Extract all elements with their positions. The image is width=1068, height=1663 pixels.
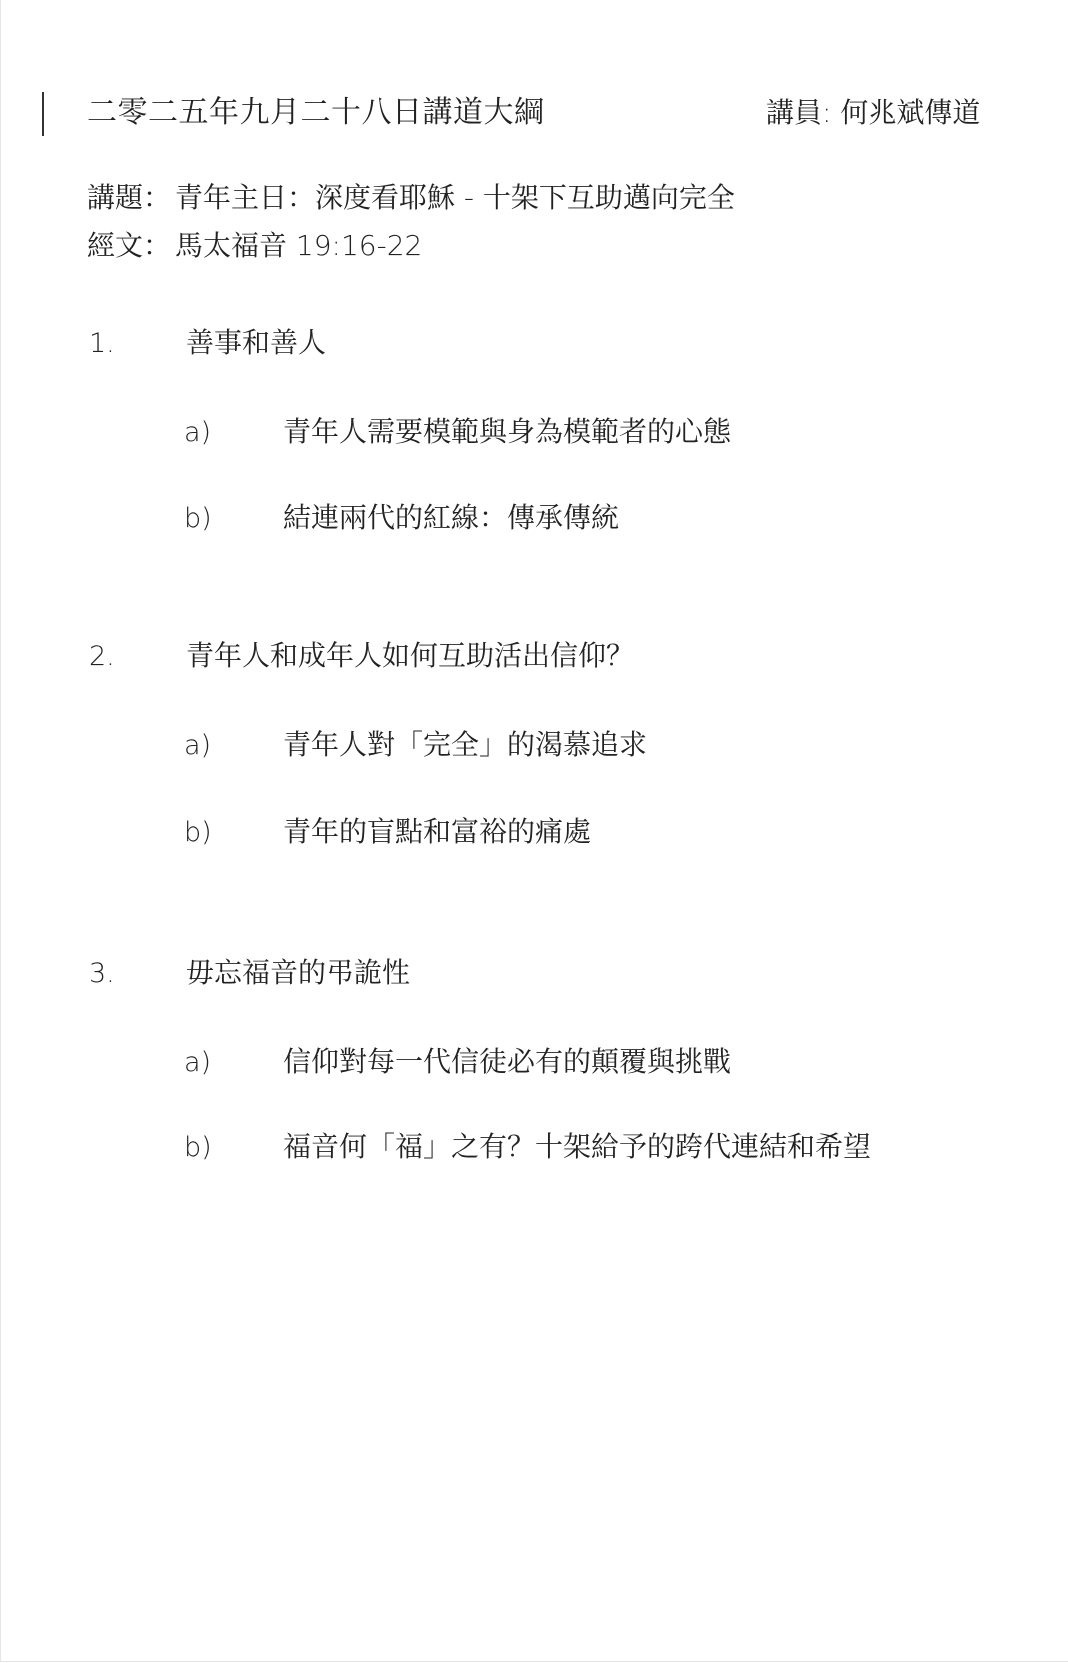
subpoint-letter: b): [184, 819, 212, 846]
outline-number: 3.: [89, 960, 115, 987]
outline-item-text: 青年人和成年人如何互助活出信仰？: [186, 642, 634, 670]
subpoint-text: 青年的盲點和富裕的痛處: [283, 818, 591, 846]
subpoint-text: 青年人需要模範與身為模範者的心態: [283, 418, 731, 446]
subpoint-text: 福音何「福」之有？十架給予的跨代連結和希望: [283, 1133, 871, 1161]
subpoint-text: 青年人對「完全」的渴慕追求: [283, 731, 647, 759]
subpoint-text: 信仰對每一代信徒必有的顛覆與挑戰: [283, 1048, 731, 1076]
scripture-label: 經文：: [87, 232, 171, 260]
subpoint-letter: a): [184, 419, 211, 446]
outline-item-text: 善事和善人: [186, 329, 326, 357]
page-title: 二零二五年九月二十八日講道大綱: [87, 98, 545, 128]
outline-item-text: 毋忘福音的弔詭性: [186, 959, 410, 987]
scripture-value: 馬太福音 19:16-22: [175, 232, 422, 260]
subject-label: 講題：: [87, 184, 171, 212]
subpoint-letter: a): [184, 732, 211, 759]
subject-value: 青年主日：深度看耶穌 - 十架下互助邁向完全: [175, 184, 735, 212]
subject-line: 講題：青年主日：深度看耶穌 - 十架下互助邁向完全: [87, 184, 735, 212]
subpoint-letter: b): [184, 505, 212, 532]
text-cursor: [42, 92, 44, 136]
scripture-line: 經文：馬太福音 19:16-22: [87, 232, 422, 260]
subpoint-text: 結連兩代的紅線：傳承傳統: [283, 504, 619, 532]
document-page: 二零二五年九月二十八日講道大綱 講員: 何兆斌傳道 講題：青年主日：深度看耶穌 …: [0, 0, 1068, 1662]
subpoint-letter: b): [184, 1134, 212, 1161]
subpoint-letter: a): [184, 1049, 211, 1076]
outline-number: 1.: [89, 330, 115, 357]
outline-number: 2.: [89, 643, 115, 670]
speaker-label: 講員: 何兆斌傳道: [766, 99, 980, 127]
